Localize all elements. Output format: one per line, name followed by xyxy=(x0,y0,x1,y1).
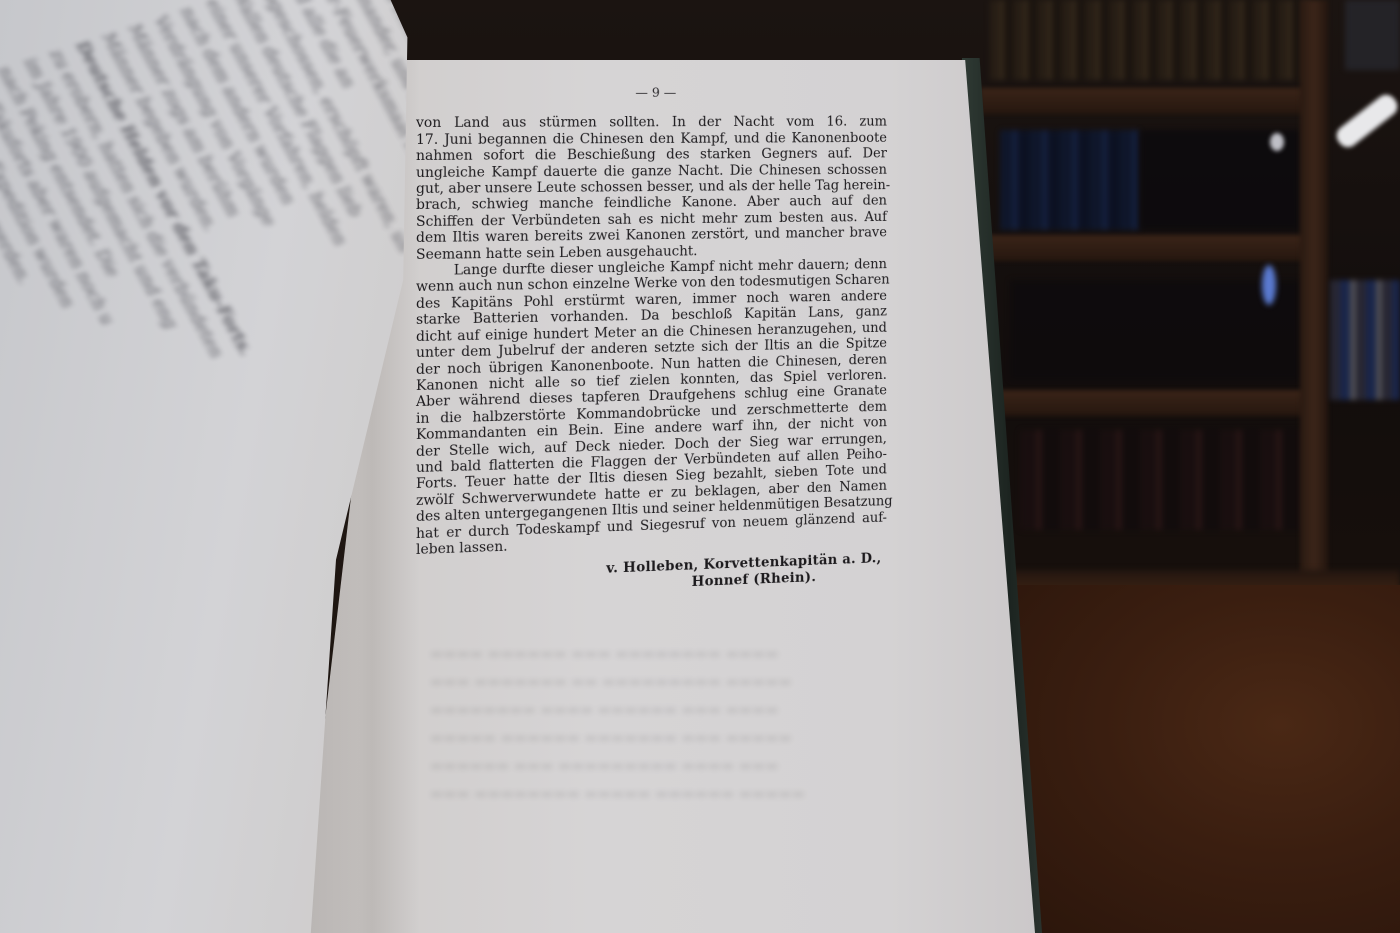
light-reflection xyxy=(1270,133,1284,151)
right-page-text: — 9 — von Land aus stürmen sollten. In d… xyxy=(416,86,887,601)
shelf-board xyxy=(980,235,1310,261)
shelf-books-right-top xyxy=(1345,0,1400,70)
paragraph: Lange durfte dieser ungleiche Kampf nich… xyxy=(416,257,887,559)
shelf-books-dark xyxy=(1010,280,1300,380)
paragraph: von Land aus stürmen sollten. In der Nac… xyxy=(416,114,887,263)
show-through-text: ▬▬▬▬ ▬▬▬▬▬▬ ▬▬▬ ▬▬▬▬▬▬▬▬ ▬▬▬▬ ▬▬▬ ▬▬▬▬▬▬… xyxy=(430,640,890,860)
light-reflection xyxy=(1262,265,1276,305)
shelf-upright xyxy=(1300,0,1328,620)
text-line: von Land aus stürmen sollten. In der Nac… xyxy=(416,114,887,131)
page-number: — 9 — xyxy=(416,86,887,102)
shelf-books-top xyxy=(990,0,1310,80)
shelf-books-right xyxy=(1330,280,1400,400)
shelf-board xyxy=(980,390,1310,416)
wooden-table xyxy=(1000,585,1400,933)
photo-scene: als das Hoch auf auseinander, und die Ob… xyxy=(0,0,1400,933)
shelf-books-bottom xyxy=(1020,430,1310,530)
shelf-board xyxy=(980,88,1310,114)
shelf-books-blue xyxy=(1000,130,1140,230)
